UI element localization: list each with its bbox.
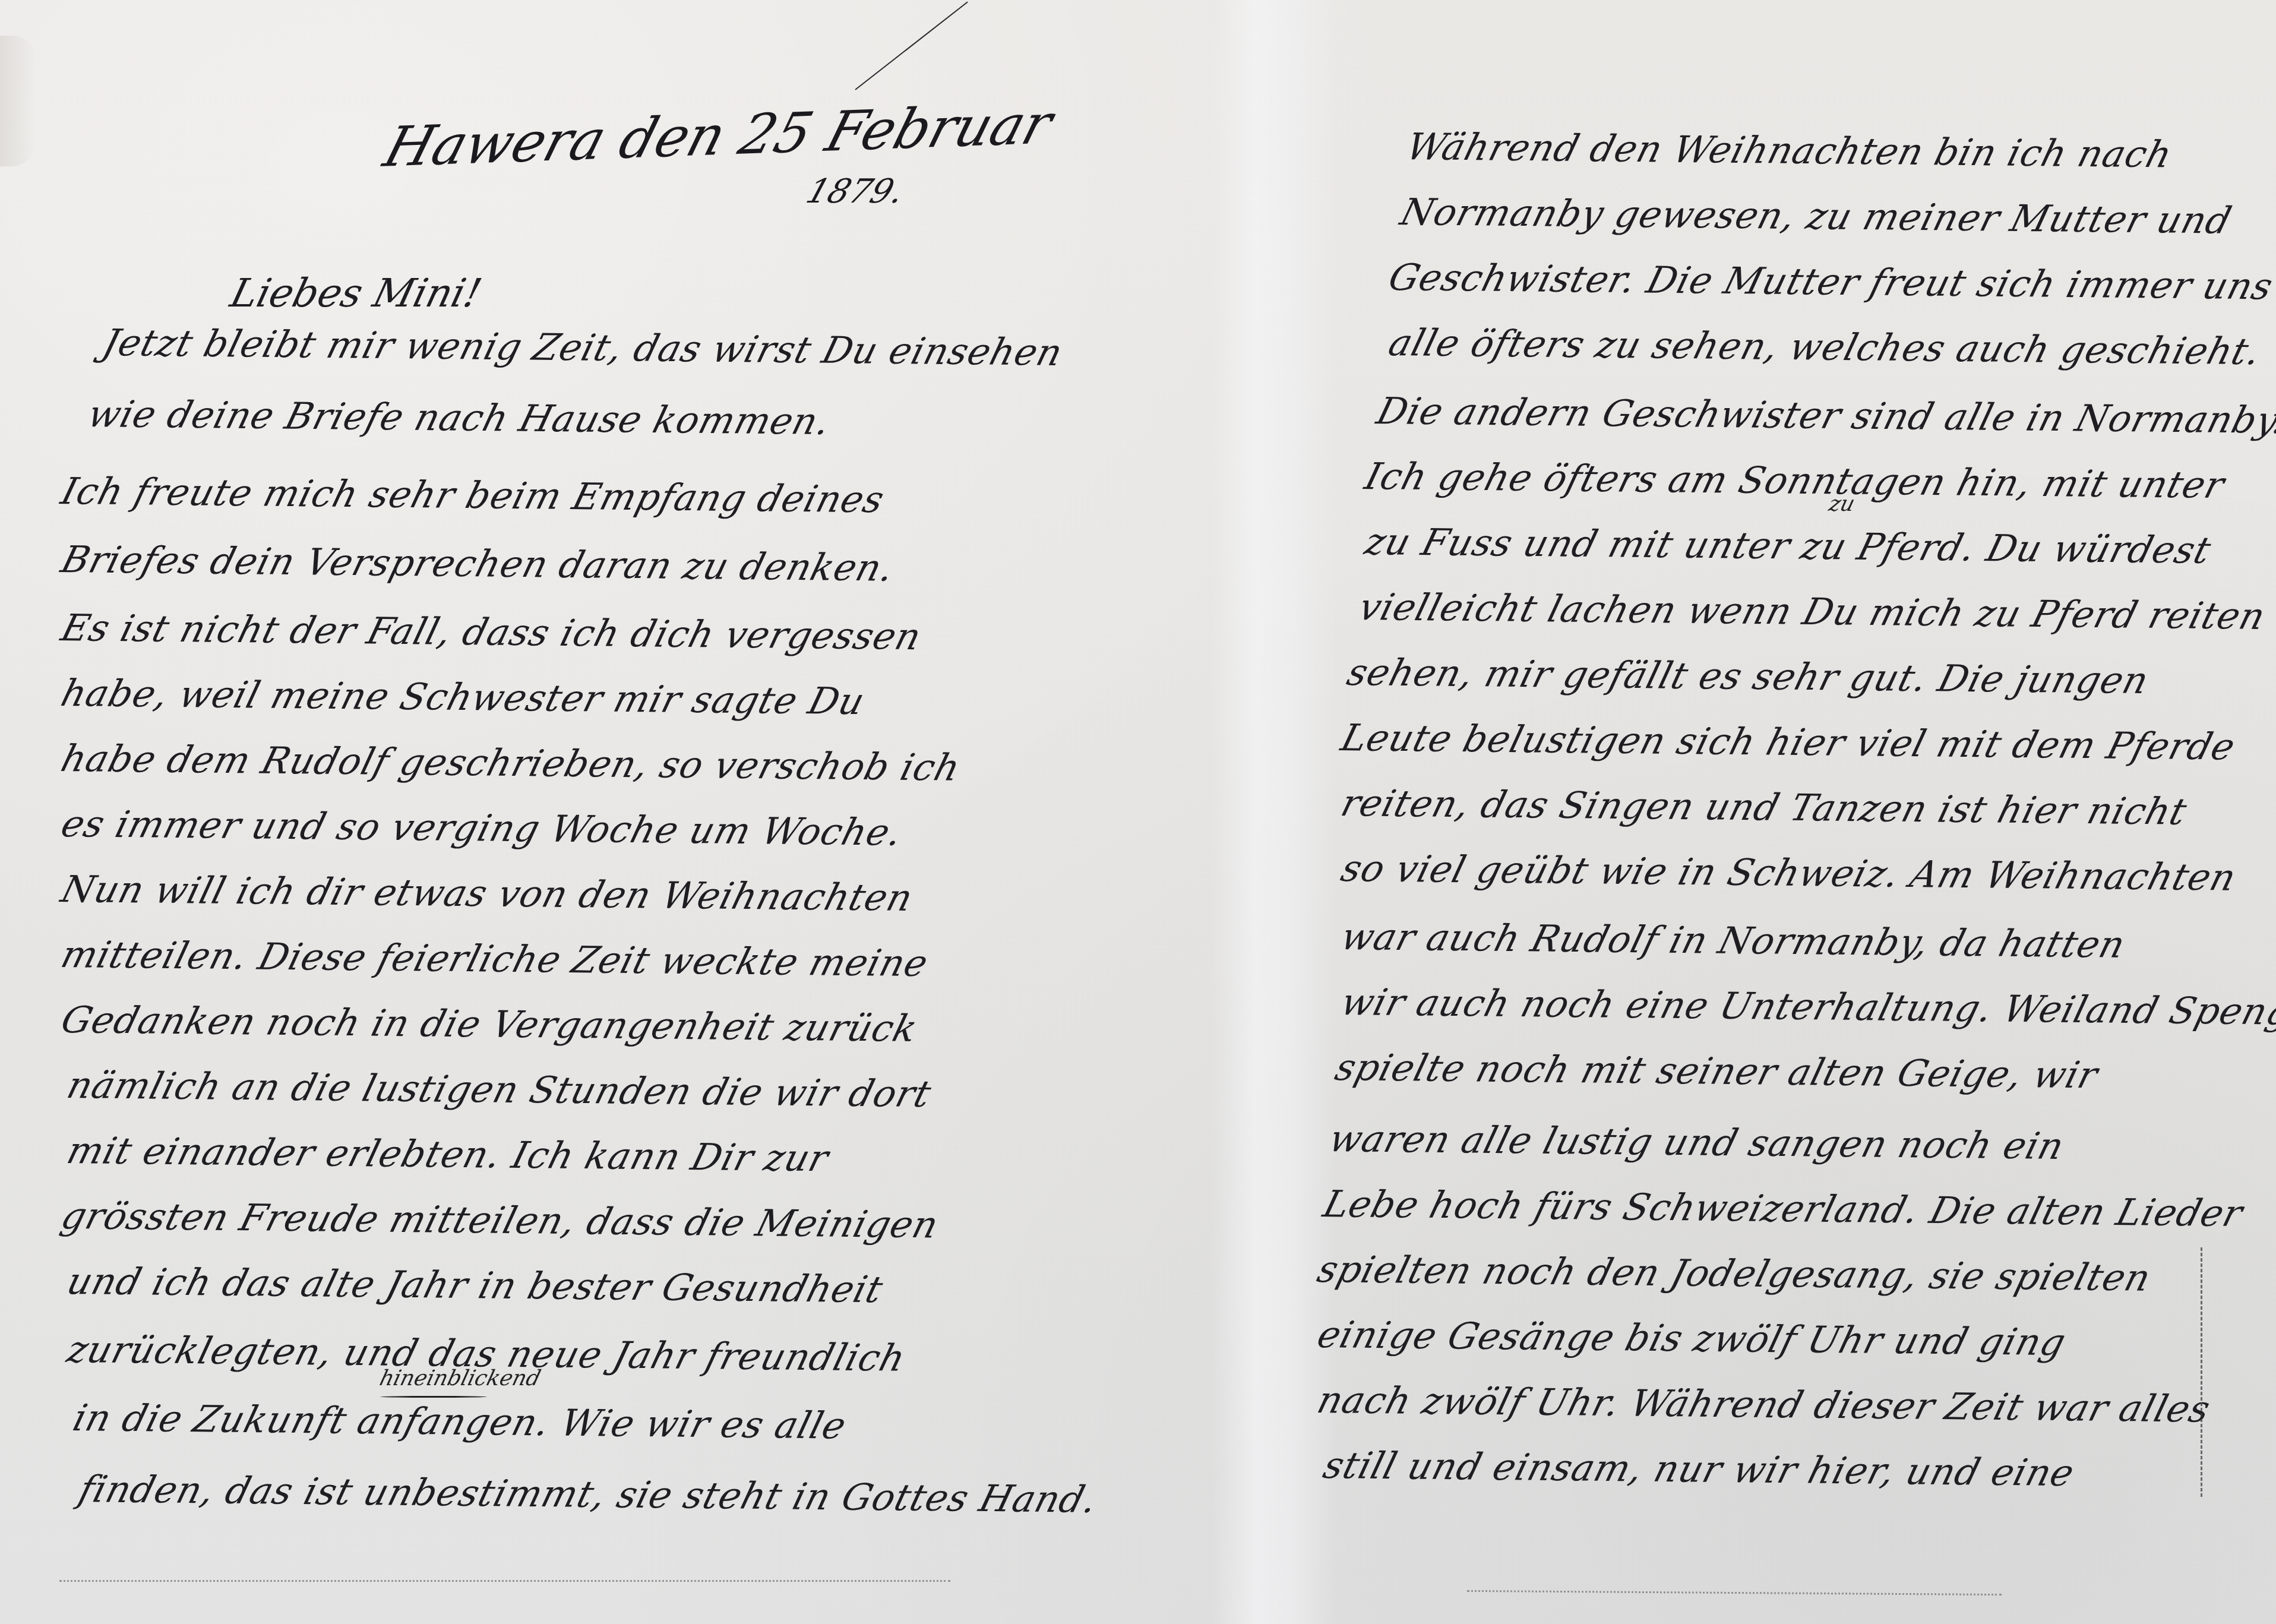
right-line-1: Während den Weihnachten bin ich nach [1402,125,2177,176]
left-line-1: Jetzt bleibt mir wenig Zeit, das wirst D… [99,321,1068,374]
right-line-6: Ich gehe öfters am Sonntagen hin, mit un… [1361,454,2230,507]
right-line-4: alle öfters zu sehen, welches auch gesch… [1384,321,2266,373]
left-line-12: nämlich an die lustigen Stunden die wir … [63,1063,936,1116]
right-line-2: Normanby gewesen, zu meiner Mutter und [1396,190,2237,242]
left-line-3: Ich freute mich sehr beim Empfang deines [57,469,889,521]
left-line-9: Nun will ich dir etwas von den Weihnacht… [57,867,918,920]
header-flourish-stroke [855,1,968,90]
right-line-7: zu Fuss und mit unter zu Pferd. Du würde… [1361,520,2216,572]
left-line-2: wie deine Briefe nach Hause kommen. [84,392,836,443]
left-line-18: finden, das ist unbestimmt, sie steht in… [75,1467,1102,1521]
left-line-7: habe dem Rudolf geschrieben, so verschob… [57,737,965,789]
right-line-15: spielte noch mit seiner alten Geige, wir [1331,1045,2103,1097]
right-line-18: spielten noch den Jodelgesang, sie spiel… [1313,1247,2156,1299]
left-page: Hawera den 25 Februar 1879. Liebes Mini!… [0,0,1128,1624]
left-line-17: in die Zukunft anfangen. Wie wir es alle [69,1396,851,1447]
left-line-8: es immer und so verging Woche um Woche. [57,802,908,854]
letter-place-date: Hawera den 25 Februar [377,92,1060,179]
letter-year: 1879. [801,172,909,211]
left-line-6: habe, weil meine Schwester mir sagte Du [57,671,870,723]
left-line-10: mitteilen. Diese feierliche Zeit weckte … [57,933,933,985]
left-line-15: und ich das alte Jahr in bester Gesundhe… [63,1259,888,1311]
left-line-5: Es ist nicht der Fall, dass ich dich ver… [57,606,927,658]
right-line-21: still und einsam, nur wir hier, und eine [1319,1443,2079,1495]
right-line-19: einige Gesänge bis zwölf Uhr und ging [1313,1313,2071,1364]
right-line-9: sehen, mir gefällt es sehr gut. Die jung… [1343,650,2154,702]
right-margin-dashed-rule [2201,1247,2202,1497]
right-line-13: war auch Rudolf in Normanby, da hatten [1337,915,2130,966]
right-line-11: reiten, das Singen und Tanzen ist hier n… [1337,781,2192,833]
left-line-14: grössten Freude mitteilen, dass die Mein… [57,1194,944,1246]
insertion-caret-stroke [380,1396,487,1398]
left-line-4: Briefes dein Versprechen daran zu denken… [57,538,899,589]
salutation: Liebes Mini! [226,270,486,316]
left-line-13: mit einander erlebten. Ich kann Dir zur [63,1129,834,1180]
right-line-3: Geschwister. Die Mutter freut sich immer… [1384,255,2276,308]
right-line-16: waren alle lustig und sangen noch ein [1325,1117,2069,1168]
interlinear-insertion: hineinblickend [377,1366,543,1391]
left-line-11: Gedanken noch in die Vergangenheit zurüc… [57,998,922,1050]
bottom-ruled-line [59,1580,950,1582]
